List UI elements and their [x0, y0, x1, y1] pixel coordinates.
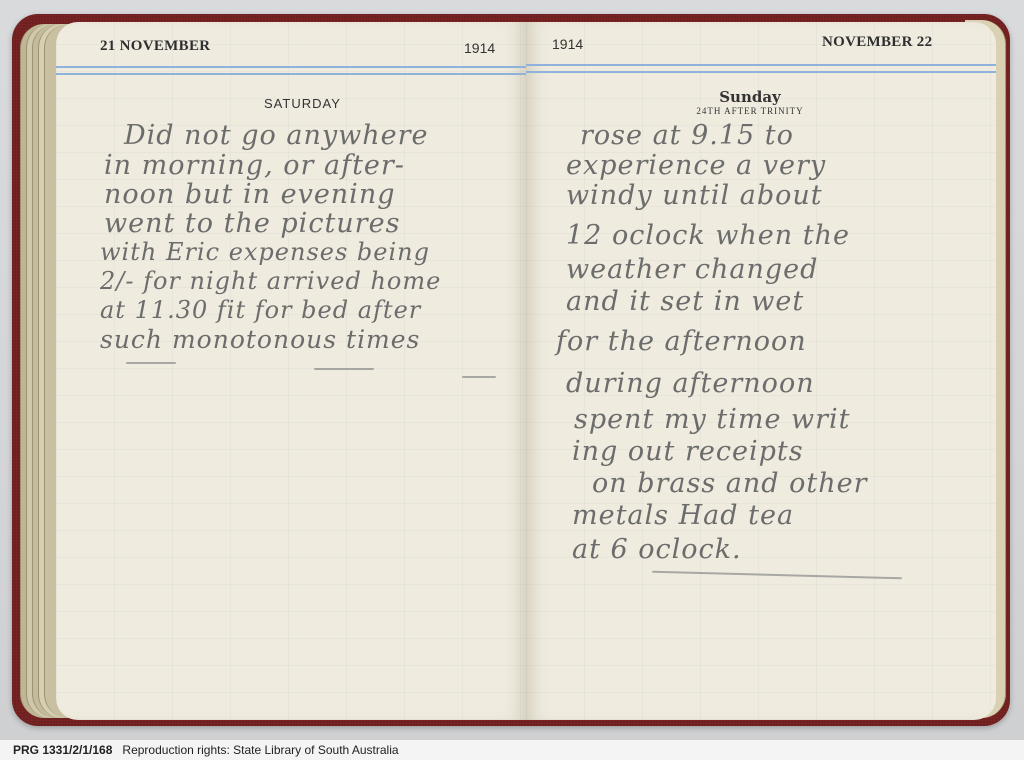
right-weekday-subtitle: 24TH AFTER TRINITY — [504, 106, 996, 116]
handwriting-line: at 11.30 fit for bed after — [100, 295, 421, 326]
handwriting-line: metals Had tea — [572, 500, 794, 531]
reproduction-rights: Reproduction rights: State Library of So… — [122, 743, 398, 757]
handwriting-line: rose at 9.15 to — [580, 120, 794, 151]
left-header-date: 21 NOVEMBER — [100, 38, 210, 55]
handwriting-line: spent my time writ — [574, 404, 851, 435]
right-header-year: 1914 — [552, 36, 583, 52]
handwriting-line: at 6 oclock. — [572, 534, 742, 565]
image-caption: PRG 1331/2/1/168Reproduction rights: Sta… — [0, 740, 1024, 760]
pencil-stroke — [462, 376, 496, 378]
pencil-stroke — [652, 571, 902, 580]
handwriting-line: experience a very — [566, 150, 826, 181]
handwriting-line: weather changed — [566, 254, 818, 285]
reference-number: PRG 1331/2/1/168 — [13, 743, 112, 757]
handwriting-line: ing out receipts — [572, 436, 804, 467]
handwriting-line: such monotonous times — [100, 324, 420, 355]
pencil-stroke — [126, 362, 176, 364]
handwriting-line: and it set in wet — [566, 286, 804, 317]
right-weekday: Sunday — [504, 88, 996, 106]
handwriting-line: with Eric expenses being — [100, 237, 430, 268]
handwriting-line: 2/- for night arrived home — [100, 266, 441, 297]
pencil-stroke — [314, 368, 374, 370]
handwriting-line: in morning, or after- — [104, 150, 405, 181]
handwriting-line: noon but in evening — [104, 179, 396, 210]
handwriting-line: on brass and other — [592, 468, 868, 499]
scan-background: 21 NOVEMBER 1914 SATURDAY Did not go any… — [0, 0, 1024, 740]
handwriting-line: for the afternoon — [556, 326, 807, 357]
handwriting-line: during afternoon — [566, 368, 815, 399]
header-rule — [526, 64, 996, 73]
right-page: 1914 NOVEMBER 22 Sunday 24TH AFTER TRINI… — [526, 22, 996, 720]
handwriting-line: windy until about — [566, 180, 823, 211]
left-page: 21 NOVEMBER 1914 SATURDAY Did not go any… — [56, 22, 526, 720]
handwriting-line: 12 oclock when the — [566, 220, 850, 251]
handwriting-line: Did not go anywhere — [124, 120, 428, 151]
handwriting-line: went to the pictures — [104, 208, 400, 239]
left-header-year: 1914 — [464, 40, 495, 56]
right-header-date: NOVEMBER 22 — [822, 34, 932, 51]
header-rule — [56, 66, 526, 75]
